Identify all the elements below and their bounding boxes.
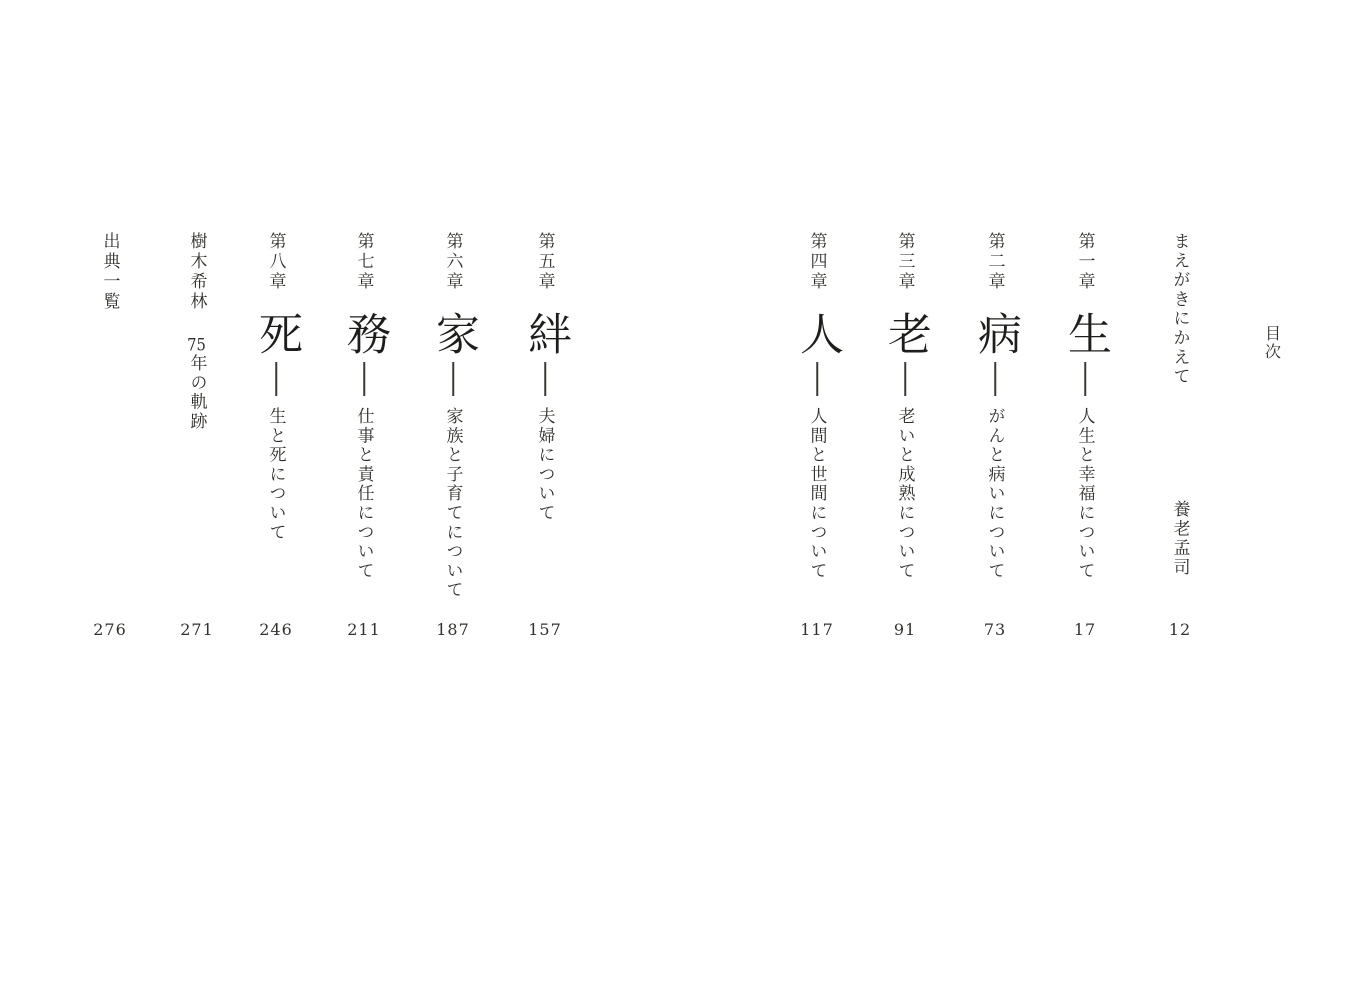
chapter-column-7: 第七章 務 仕事と責任について 211 (332, 225, 396, 645)
chapter-column-8: 第八章 死 生と死について 246 (244, 225, 308, 645)
page-number: 211 (347, 620, 381, 639)
back-matter-subtitle-rest: 年の軌跡 (187, 354, 207, 431)
dash-line (904, 362, 906, 396)
chapter-title-kanji: 家 (421, 311, 485, 355)
chapter-column-5: 第五章 絆 夫婦について 157 (513, 225, 577, 645)
chapter-subtitle: がんと病いについて (983, 407, 1008, 581)
dash-line (816, 362, 818, 396)
chapter-title-kanji: 死 (244, 311, 308, 355)
chapter-subtitle: 人間と世間について (805, 407, 830, 581)
chapter-subtitle: 家族と子育てについて (441, 407, 466, 600)
page-number: 271 (180, 620, 214, 639)
chapter-number: 第八章 (264, 232, 289, 292)
preface-column: まえがきにかえて 養老孟司 12 (1148, 225, 1212, 645)
preface-label: まえがきにかえて (1168, 232, 1193, 386)
toc-title: 目次 (1261, 325, 1284, 361)
chapter-title-kanji: 絆 (513, 311, 577, 355)
chapter-number: 第七章 (352, 232, 377, 292)
chapter-subtitle: 夫婦について (533, 407, 558, 523)
dash-line (994, 362, 996, 396)
dash-line (1084, 362, 1086, 396)
chapter-number: 第一章 (1073, 232, 1098, 292)
page-number: 12 (1169, 620, 1191, 639)
chapter-number: 第六章 (441, 232, 466, 292)
chapter-number: 第四章 (805, 232, 830, 292)
chapter-subtitle: 人生と幸福について (1073, 407, 1098, 581)
page-number: 17 (1074, 620, 1096, 639)
page-number: 117 (800, 620, 834, 639)
page-number: 91 (894, 620, 916, 639)
chapter-number: 第五章 (533, 232, 558, 292)
dash-line (363, 362, 365, 396)
page-number: 276 (93, 620, 127, 639)
chapter-title-kanji: 老 (873, 311, 937, 355)
tate-chu-yoko-number: 75 (187, 337, 207, 354)
back-matter-subtitle: 75年の軌跡 (185, 337, 210, 431)
chapter-title-kanji: 人 (785, 311, 849, 355)
dash-line (544, 362, 546, 396)
chapter-title-kanji: 務 (332, 311, 396, 355)
dash-line (275, 362, 277, 396)
chapter-column-4: 第四章 人 人間と世間について 117 (785, 225, 849, 645)
back-matter-title: 出典一覧 (98, 232, 123, 312)
page-number: 187 (436, 620, 470, 639)
page-number: 73 (984, 620, 1006, 639)
dash-line (452, 362, 454, 396)
preface-author: 養老孟司 (1168, 500, 1193, 577)
chapter-column-6: 第六章 家 家族と子育てについて 187 (421, 225, 485, 645)
back-matter-title: 樹木希林 (185, 232, 210, 312)
chapter-title-kanji: 生 (1053, 311, 1117, 355)
book-toc-page: 目次 まえがきにかえて 養老孟司 12 第一章 生 人生と幸福について 17 第… (0, 0, 1371, 1000)
chapter-number: 第三章 (893, 232, 918, 292)
chapter-subtitle: 仕事と責任について (352, 407, 377, 581)
chapter-column-1: 第一章 生 人生と幸福について 17 (1053, 225, 1117, 645)
chapter-column-3: 第三章 老 老いと成熟について 91 (873, 225, 937, 645)
page-number: 157 (528, 620, 562, 639)
chapter-subtitle: 老いと成熟について (893, 407, 918, 581)
chapter-title-kanji: 病 (963, 311, 1027, 355)
back-matter-column-sources: 出典一覧 276 (78, 225, 142, 645)
chapter-number: 第二章 (983, 232, 1008, 292)
chapter-subtitle: 生と死について (264, 407, 289, 542)
chapter-column-2: 第二章 病 がんと病いについて 73 (963, 225, 1027, 645)
back-matter-column-kirin: 樹木希林 75年の軌跡 271 (165, 225, 229, 645)
page-number: 246 (259, 620, 293, 639)
